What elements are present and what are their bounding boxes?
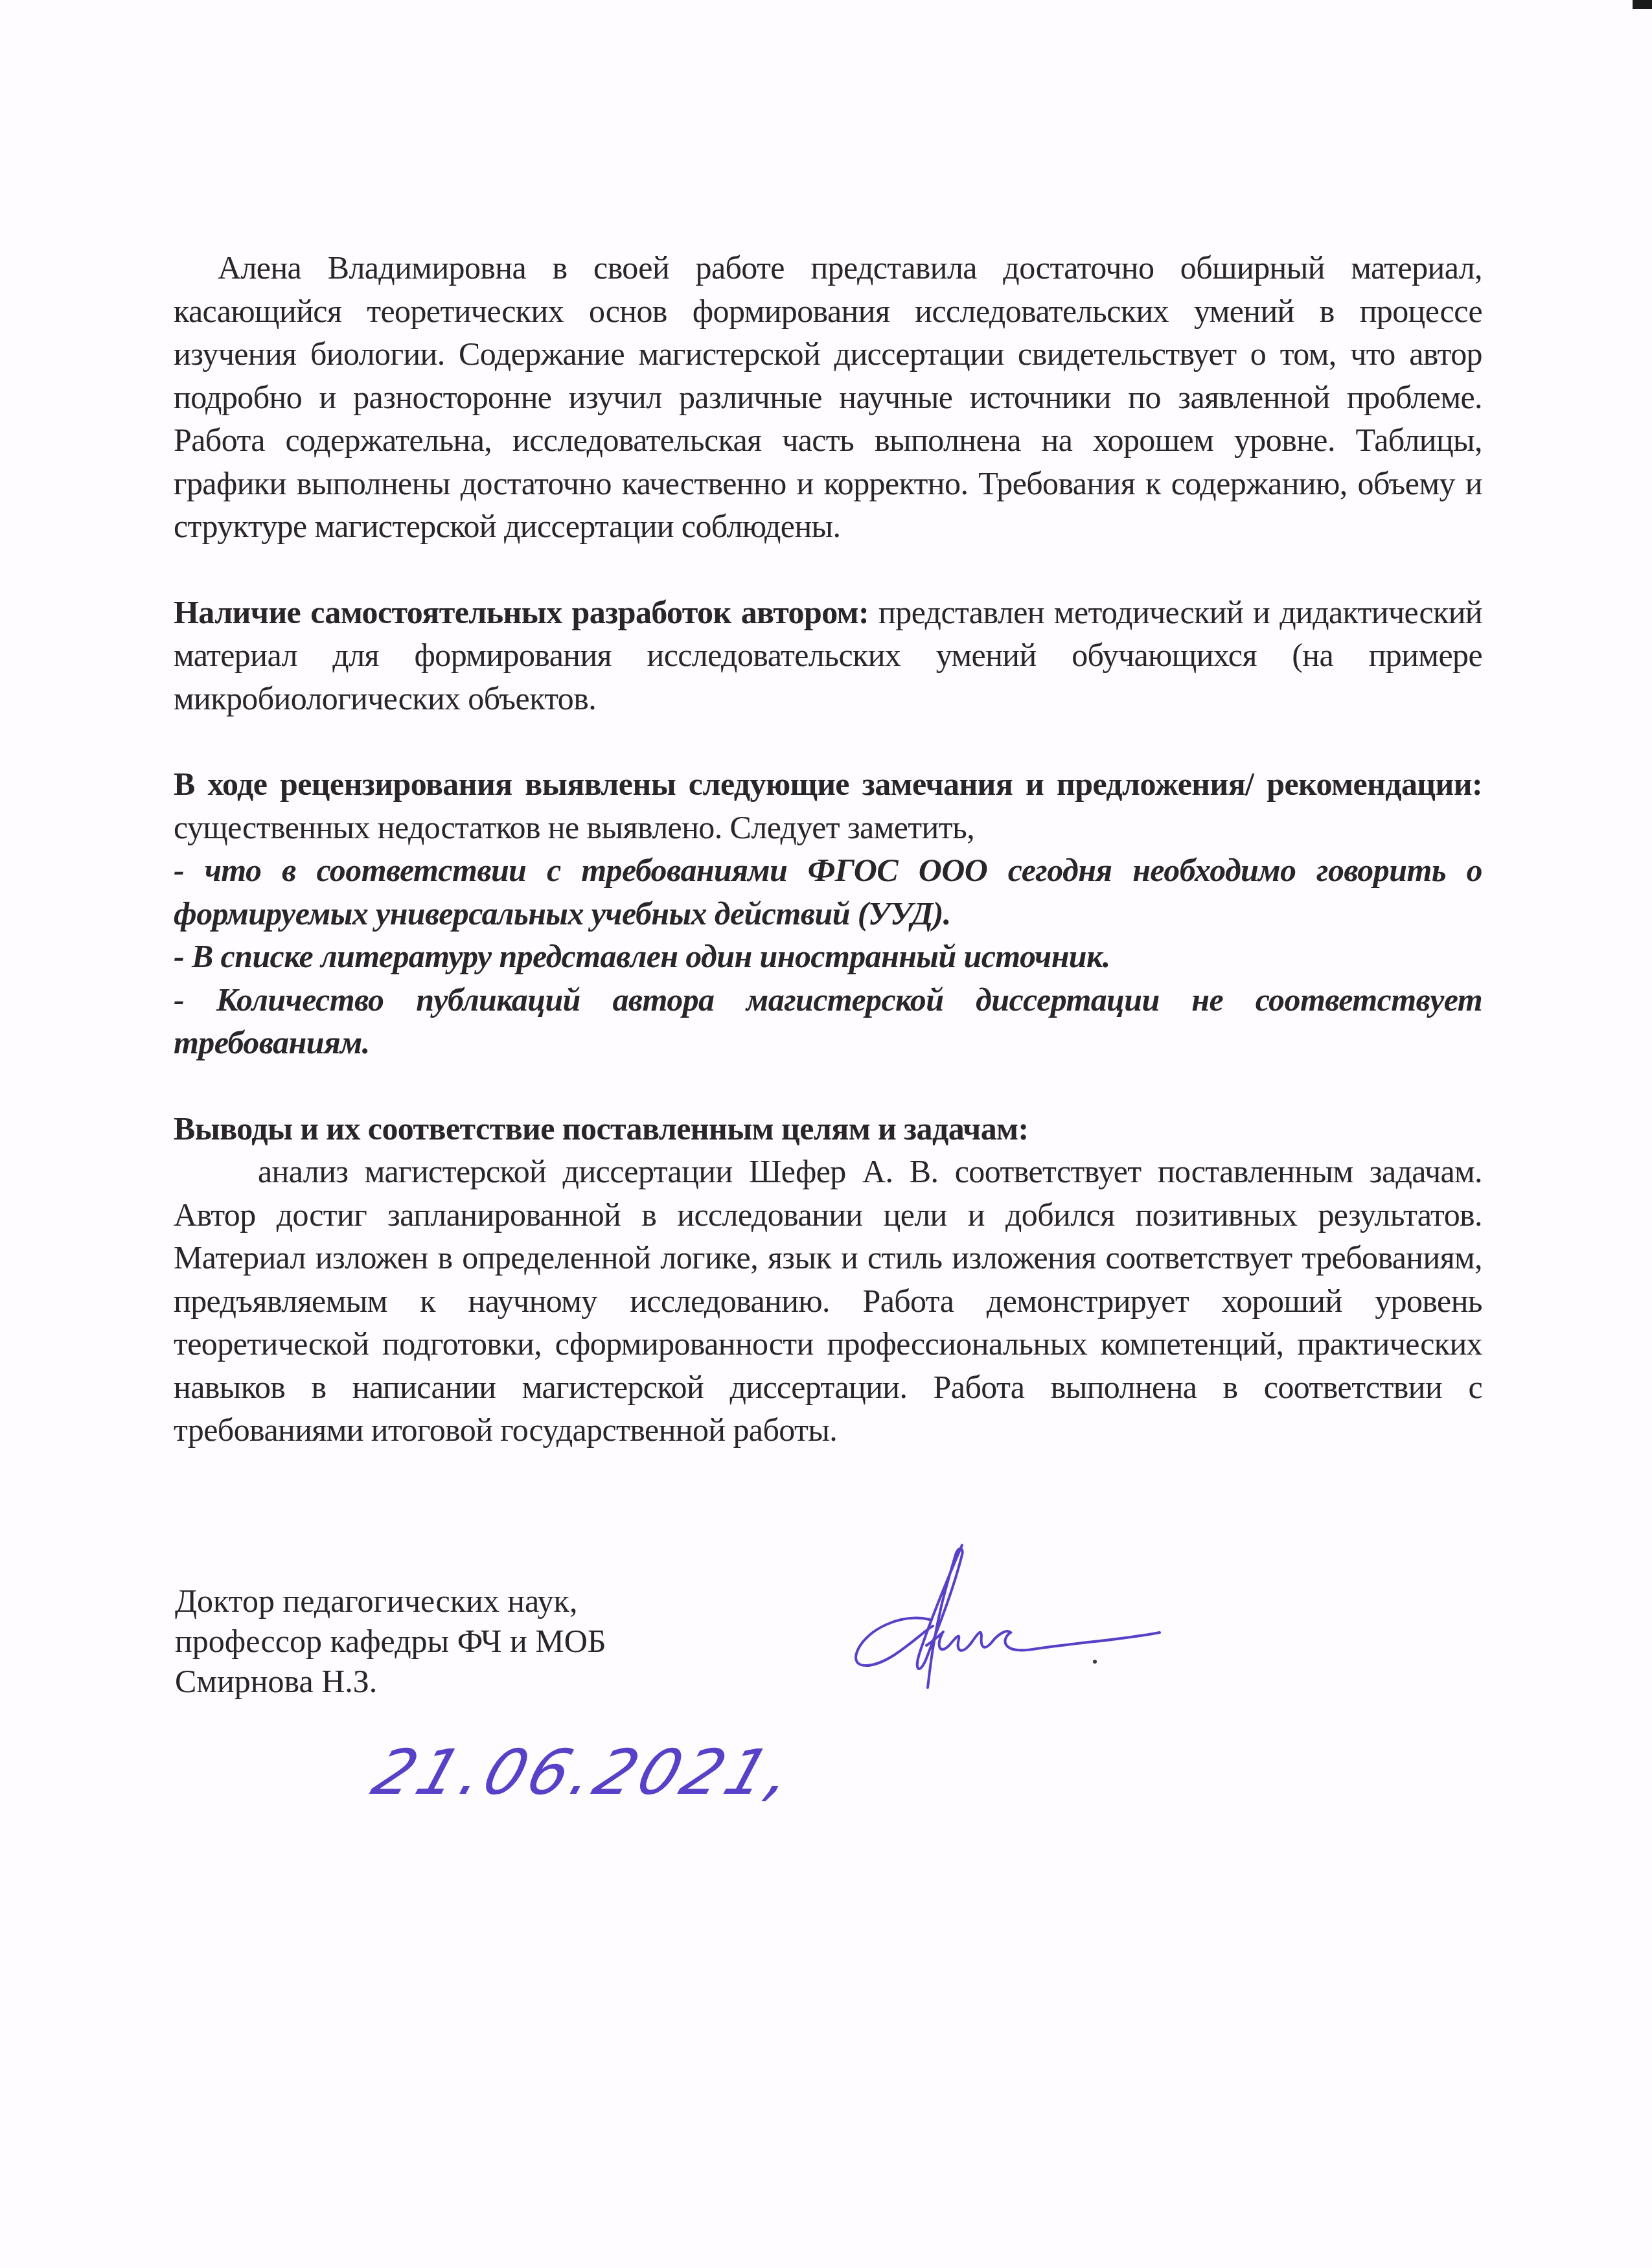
conclusions-heading: Выводы и их соответствие поставленным це… [174, 1107, 1482, 1151]
handwritten-date: 21.06.2021, [364, 1736, 807, 1809]
remarks-paragraph: В ходе рецензирования выявлены следующие… [174, 762, 1482, 849]
remarks-heading: В ходе рецензирования выявлены следующие… [174, 766, 1482, 802]
remark-item: - Количество публикаций автора магистерс… [174, 978, 1482, 1064]
signatory-name: Смирнова Н.З. [175, 1661, 606, 1701]
signatory-degree: Доктор педагогических наук, [175, 1581, 606, 1621]
conclusions-text: анализ магистерской диссертации Шефер А.… [174, 1150, 1482, 1452]
signatory-block: Доктор педагогических наук, профессор ка… [175, 1581, 606, 1701]
own-developments-heading: Наличие самостоятельных разработок автор… [174, 594, 869, 630]
review-document: Алена Владимировна в своей работе предст… [174, 246, 1482, 1452]
signatory-position: профессор кафедры ФЧ и МОБ [175, 1621, 606, 1661]
remark-item: - что в соответствии с требованиями ФГОС… [174, 849, 1482, 935]
remarks-text: существенных недостатков не выявлено. Сл… [174, 809, 974, 845]
intro-paragraph: Алена Владимировна в своей работе предст… [174, 246, 1482, 548]
own-developments-paragraph: Наличие самостоятельных разработок автор… [174, 591, 1482, 720]
handwritten-signature-icon [823, 1542, 1276, 1697]
remark-item: - В списке литературу представлен один и… [174, 935, 1482, 978]
scan-edge-mark [1633, 0, 1652, 9]
